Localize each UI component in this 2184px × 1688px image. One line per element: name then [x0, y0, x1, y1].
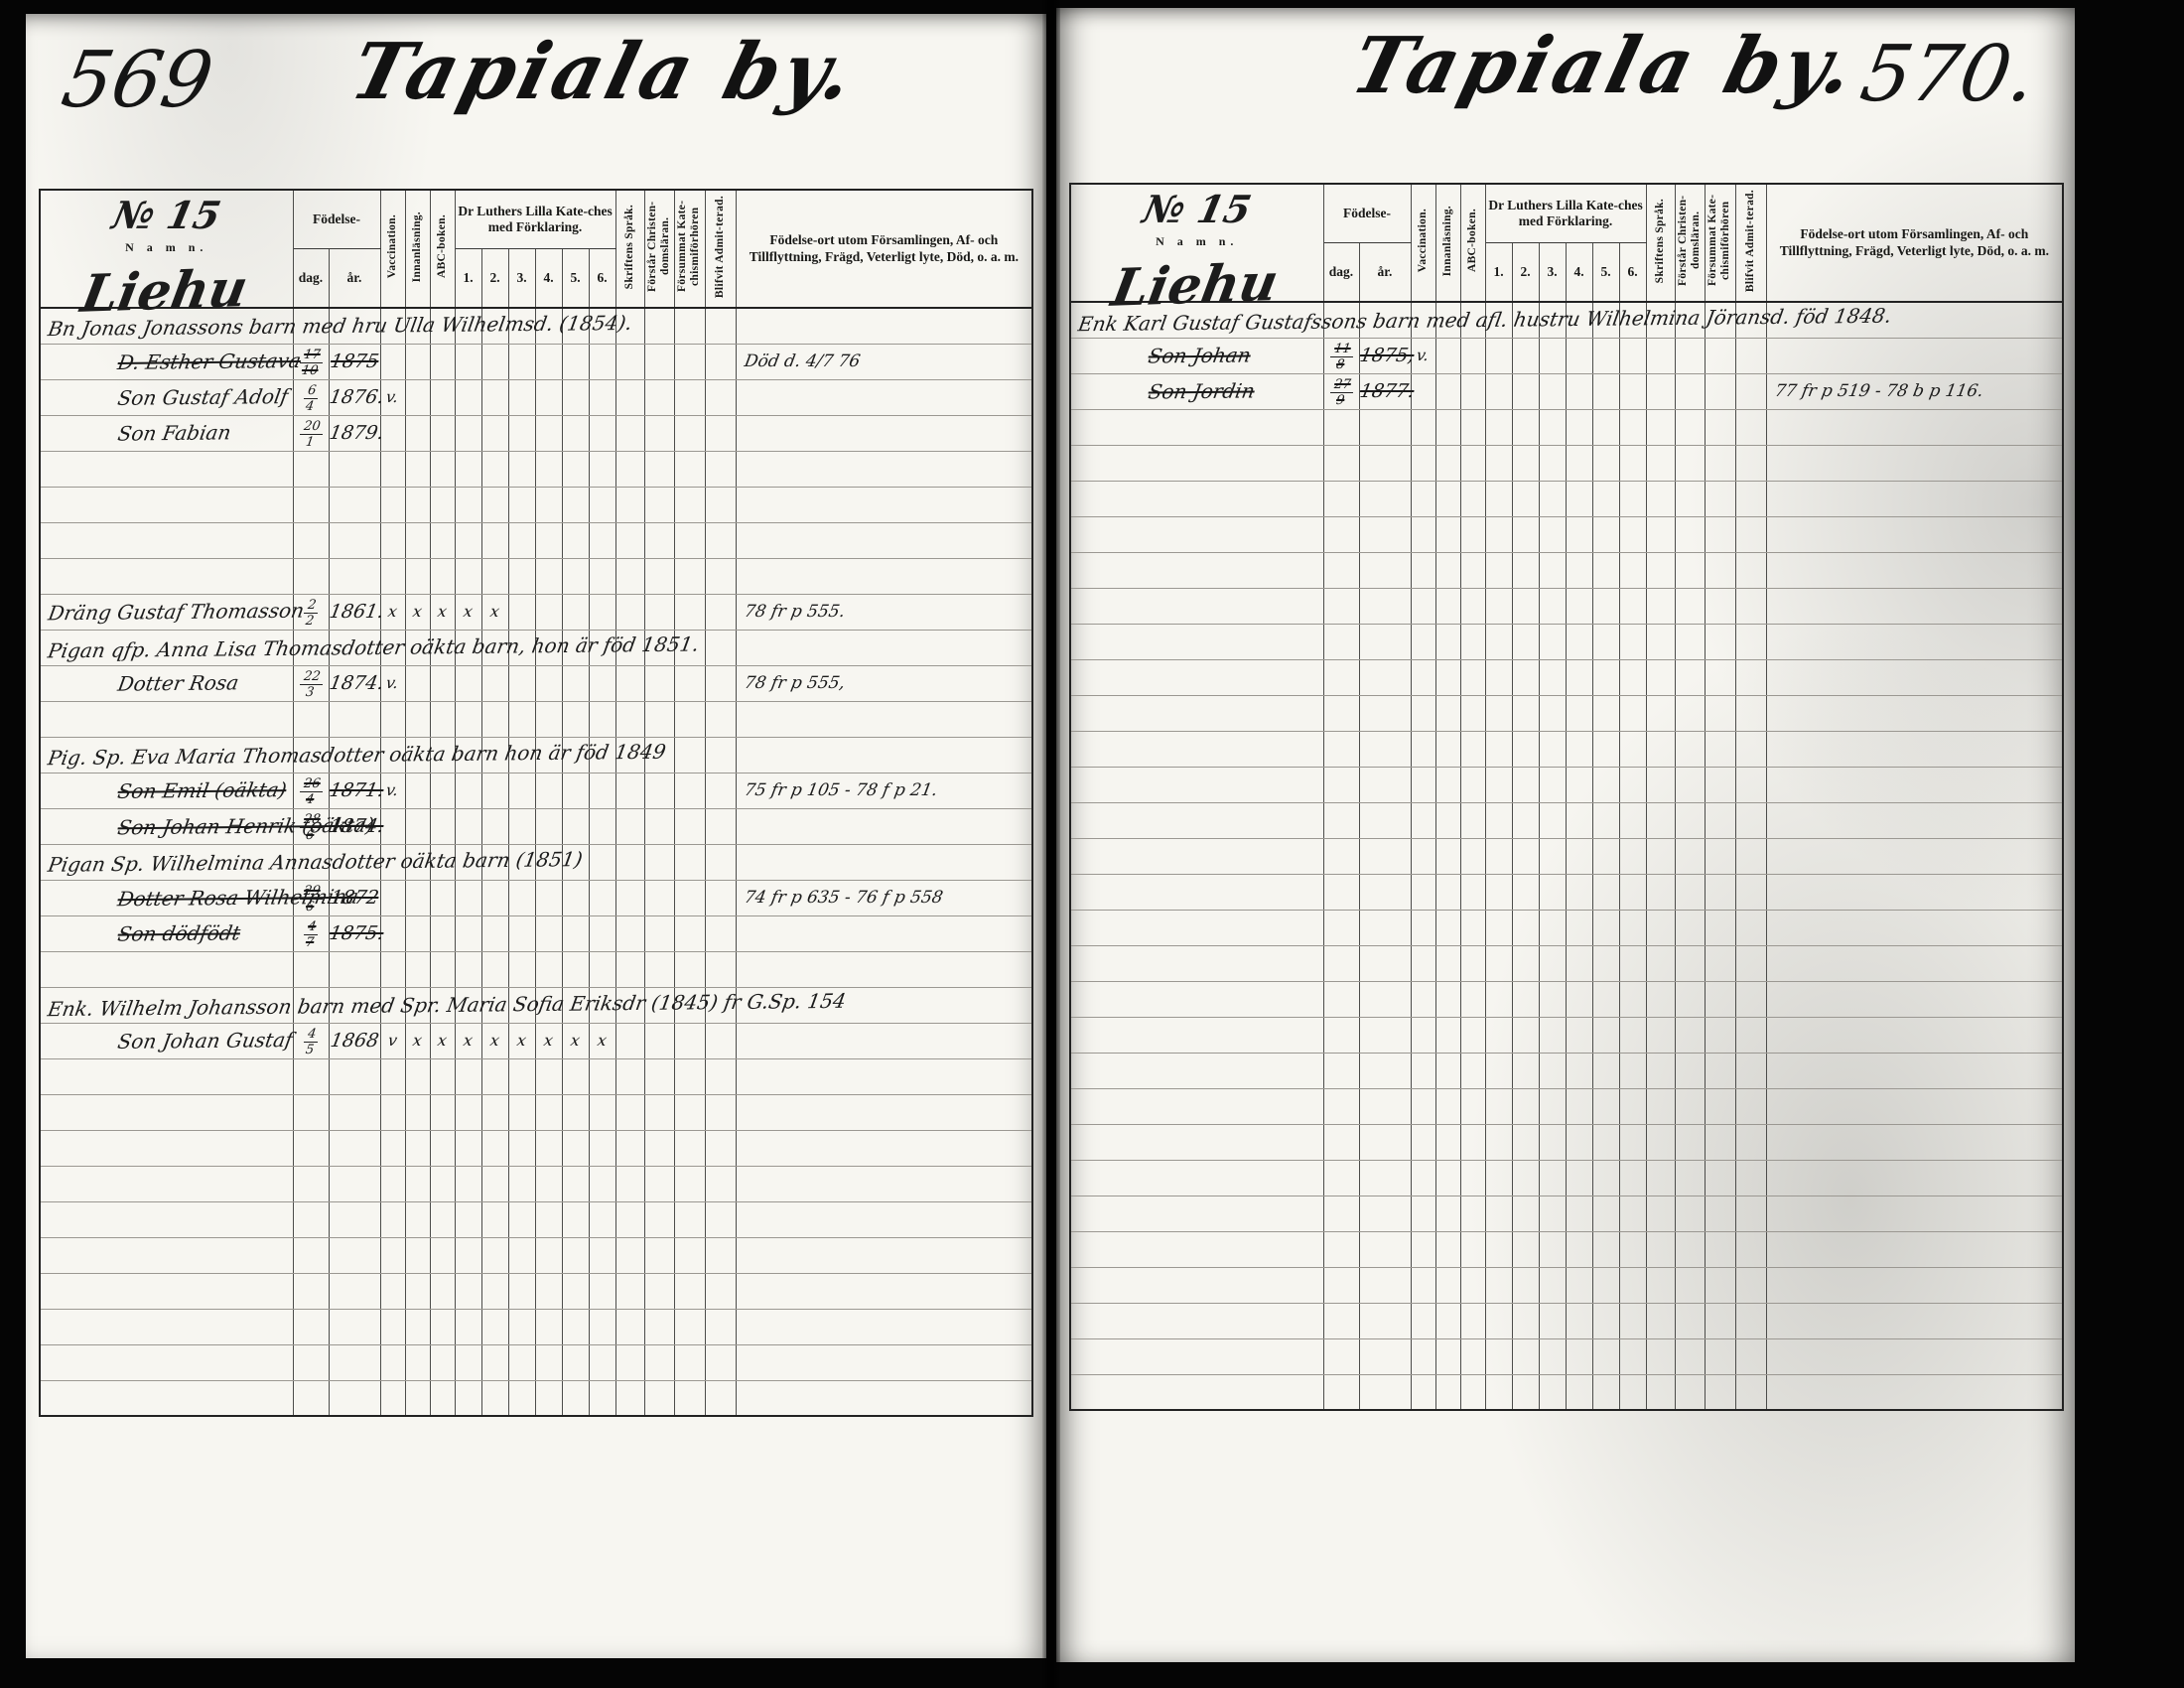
cell-k5 — [562, 1166, 589, 1201]
cell-vacc — [380, 1201, 405, 1237]
cell-abc — [430, 1094, 455, 1130]
mark-text: 1875 — [329, 351, 380, 372]
cell-ar — [329, 558, 380, 594]
cell-abc — [430, 522, 455, 558]
cell-k5 — [562, 701, 589, 737]
cell-notes — [1766, 767, 2063, 802]
cell-forstar — [1675, 1303, 1705, 1338]
cell-k2 — [1512, 659, 1539, 695]
register-row — [1070, 767, 2063, 802]
cell-blifvit — [1735, 1160, 1766, 1196]
cell-notes — [736, 451, 1032, 487]
cell-sprak — [1646, 1374, 1675, 1410]
cell-k3 — [508, 1201, 535, 1237]
cell-forsummat — [1705, 981, 1735, 1017]
cell-dag — [1323, 516, 1359, 552]
cell-forsummat — [674, 1237, 705, 1273]
cell-forstar — [644, 1023, 674, 1058]
entry-name-cell: Son Emil (oäkta) — [40, 773, 293, 808]
cell-k1 — [1485, 874, 1512, 910]
cell-k5 — [562, 951, 589, 987]
cell-vacc — [380, 1166, 405, 1201]
cell-k5 — [562, 808, 589, 844]
cell-innan: x — [405, 1023, 430, 1058]
cell-k5 — [1592, 910, 1619, 945]
cell-dag — [1323, 1160, 1359, 1196]
cell-ar — [329, 1201, 380, 1237]
cell-k5 — [562, 1094, 589, 1130]
register-row: Pigan Sp. Wilhelmina Annasdotter oäkta b… — [40, 844, 1032, 880]
cell-k5 — [1592, 874, 1619, 910]
cell-k2 — [1512, 981, 1539, 1017]
cell-ar — [1359, 1053, 1411, 1088]
cell-abc — [430, 808, 455, 844]
cell-abc — [430, 1380, 455, 1416]
cell-k1 — [455, 487, 481, 522]
cell-notes — [1766, 802, 2063, 838]
cell-k3 — [508, 1237, 535, 1273]
cell-k5 — [1592, 945, 1619, 981]
cell-dag — [1323, 1017, 1359, 1053]
cell-ar: 1861. — [329, 594, 380, 630]
cell-sprak — [615, 451, 644, 487]
cell-k5 — [1592, 1017, 1619, 1053]
empty-name-cell — [1070, 1160, 1323, 1196]
cell-abc — [430, 1130, 455, 1166]
register-row: Dotter Rosa2231874.v.78 fr p 555, — [40, 665, 1032, 701]
cell-blifvit — [705, 844, 736, 880]
cell-forsummat — [1705, 802, 1735, 838]
cell-k4 — [535, 344, 562, 379]
cell-k1 — [1485, 659, 1512, 695]
cell-notes — [736, 1237, 1032, 1273]
cell-ar — [329, 451, 380, 487]
mark-text: x — [462, 602, 474, 621]
cell-k6 — [1619, 1374, 1646, 1410]
register-row — [1070, 838, 2063, 874]
cell-abc — [430, 773, 455, 808]
cell-dag — [1323, 1338, 1359, 1374]
cell-blifvit — [1735, 1338, 1766, 1374]
cell-ar: 1879. — [329, 415, 380, 451]
cell-k1 — [455, 1237, 481, 1273]
family-name: Liehu — [76, 258, 252, 326]
cell-k3 — [508, 451, 535, 487]
register-table-right: № 15 N a m n. Liehu Födelse- Vaccination… — [1069, 183, 2064, 1411]
register-row — [1070, 1053, 2063, 1088]
cell-k5 — [562, 1130, 589, 1166]
cell-k5 — [1592, 802, 1619, 838]
register-row — [40, 1344, 1032, 1380]
cell-blifvit — [1735, 945, 1766, 981]
cell-forstar — [1675, 338, 1705, 373]
cell-abc — [1460, 516, 1485, 552]
cell-abc — [430, 451, 455, 487]
cell-abc — [430, 1237, 455, 1273]
cell-k2 — [1512, 695, 1539, 731]
entry-name-text: Son Johan — [1147, 343, 1253, 367]
cell-forsummat — [1705, 910, 1735, 945]
cell-k2 — [1512, 552, 1539, 588]
cell-abc — [1460, 1017, 1485, 1053]
empty-name-cell — [40, 1273, 293, 1309]
cell-k1 — [455, 415, 481, 451]
cell-vacc — [1411, 910, 1435, 945]
cell-k1 — [1485, 981, 1512, 1017]
cell-forstar — [644, 665, 674, 701]
cell-k1 — [1485, 731, 1512, 767]
cell-abc — [1460, 338, 1485, 373]
mark-text: v — [386, 1031, 398, 1050]
cell-notes — [736, 415, 1032, 451]
mark-text: 1879. — [328, 422, 385, 444]
mark-text: 1875. — [328, 922, 385, 944]
fodelse-header: Födelse- — [1323, 184, 1411, 243]
cell-k4: x — [535, 1023, 562, 1058]
cell-k6 — [1619, 731, 1646, 767]
cell-forstar — [1675, 874, 1705, 910]
cell-k1 — [1485, 1338, 1512, 1374]
cell-dag: 201 — [293, 415, 329, 451]
cell-k3 — [1539, 1303, 1566, 1338]
cell-k2 — [1512, 409, 1539, 445]
cell-k5 — [562, 415, 589, 451]
cell-k1 — [1485, 838, 1512, 874]
cell-vacc — [1411, 588, 1435, 624]
cell-sprak — [1646, 802, 1675, 838]
cell-k6 — [589, 1058, 615, 1094]
cell-k3 — [508, 487, 535, 522]
cell-vacc — [1411, 945, 1435, 981]
register-row: Son Johan Gustaf451868vxxxxxxxx — [40, 1023, 1032, 1058]
cell-vacc — [380, 522, 405, 558]
cell-k1 — [1485, 910, 1512, 945]
cell-k1 — [455, 1130, 481, 1166]
cell-dag — [1323, 1303, 1359, 1338]
cell-blifvit — [1735, 659, 1766, 695]
cell-blifvit — [705, 808, 736, 844]
cell-k4 — [535, 415, 562, 451]
cell-k1 — [455, 915, 481, 951]
cell-k6: x — [589, 1023, 615, 1058]
cell-k3 — [508, 773, 535, 808]
cell-blifvit — [1735, 588, 1766, 624]
cell-vacc: v — [380, 1023, 405, 1058]
cell-k5 — [562, 1273, 589, 1309]
cell-k2 — [1512, 731, 1539, 767]
cell-k2 — [1512, 874, 1539, 910]
cell-forsummat — [674, 344, 705, 379]
cell-dag — [1323, 624, 1359, 659]
register-row — [1070, 910, 2063, 945]
kateches-col-1: 1. — [1485, 243, 1512, 303]
cell-sprak — [615, 1201, 644, 1237]
cell-k2 — [481, 701, 508, 737]
entry-name-text: Dotter Rosa — [116, 670, 240, 695]
cell-ar — [1359, 516, 1411, 552]
cell-forstar — [644, 1094, 674, 1130]
cell-blifvit — [705, 451, 736, 487]
cell-k4 — [535, 1380, 562, 1416]
cell-k6 — [1619, 1303, 1646, 1338]
cell-innan — [405, 951, 430, 987]
cell-innan — [405, 880, 430, 915]
cell-k4 — [1566, 588, 1592, 624]
cell-k6 — [1619, 695, 1646, 731]
cell-forstar — [1675, 1196, 1705, 1231]
cell-k3 — [1539, 1124, 1566, 1160]
cell-vacc: v. — [380, 665, 405, 701]
cell-ar — [1359, 1124, 1411, 1160]
cell-dag — [293, 1130, 329, 1166]
cell-forstar — [1675, 767, 1705, 802]
cell-notes: 77 fr p 519 - 78 b p 116. — [1766, 373, 2063, 409]
abc-boken-header: ABC-boken. — [430, 190, 455, 308]
cell-sprak — [1646, 1338, 1675, 1374]
blifvit-header: Blifvit Admit-terad. — [705, 190, 736, 308]
cell-k4 — [1566, 1267, 1592, 1303]
cell-k1 — [455, 1309, 481, 1344]
cell-k1 — [455, 1273, 481, 1309]
cell-abc — [1460, 1231, 1485, 1267]
cell-k4 — [535, 522, 562, 558]
cell-k3 — [508, 1380, 535, 1416]
entry-name-cell: Pigan qfp. Anna Lisa Thomasdotter oäkta … — [40, 630, 293, 665]
cell-sprak — [615, 1237, 644, 1273]
cell-innan — [405, 1130, 430, 1166]
register-row — [1070, 1303, 2063, 1338]
register-row — [1070, 409, 2063, 445]
cell-notes — [736, 1344, 1032, 1380]
mark-text: 1877. — [1358, 380, 1416, 402]
cell-k1 — [455, 1201, 481, 1237]
note-text: 75 fr p 105 - 78 f p 21. — [743, 780, 939, 800]
cell-sprak — [615, 951, 644, 987]
cell-k6 — [589, 451, 615, 487]
cell-k4 — [535, 701, 562, 737]
cell-k3 — [1539, 552, 1566, 588]
entry-name-cell: Son Johan Gustaf — [40, 1023, 293, 1058]
cell-forsummat — [674, 1273, 705, 1309]
register-row — [1070, 981, 2063, 1017]
cell-ar — [1359, 1160, 1411, 1196]
cell-innan — [405, 1380, 430, 1416]
cell-k6 — [589, 415, 615, 451]
empty-name-cell — [40, 1130, 293, 1166]
cell-k5 — [1592, 373, 1619, 409]
register-row — [1070, 874, 2063, 910]
cell-blifvit — [1735, 838, 1766, 874]
cell-k3 — [1539, 945, 1566, 981]
cell-forstar — [644, 1166, 674, 1201]
page-number-right: 570. — [1855, 36, 2041, 113]
cell-forstar — [1675, 624, 1705, 659]
cell-abc — [1460, 624, 1485, 659]
cell-k5 — [562, 1201, 589, 1237]
cell-innan — [405, 1344, 430, 1380]
cell-innan — [1435, 767, 1460, 802]
cell-k5 — [562, 1058, 589, 1094]
cell-k1 — [1485, 1303, 1512, 1338]
register-row — [40, 1058, 1032, 1094]
cell-sprak — [1646, 838, 1675, 874]
cell-abc — [430, 1273, 455, 1309]
cell-sprak — [1646, 481, 1675, 516]
cell-k4 — [1566, 731, 1592, 767]
cell-ar — [1359, 731, 1411, 767]
cell-innan — [1435, 802, 1460, 838]
cell-vacc: v. — [380, 379, 405, 415]
cell-k5 — [1592, 552, 1619, 588]
cell-dag — [1323, 695, 1359, 731]
cell-ar — [329, 951, 380, 987]
cell-sprak — [1646, 945, 1675, 981]
cell-ar: 1874. — [329, 665, 380, 701]
cell-ar — [1359, 1303, 1411, 1338]
cell-k1 — [1485, 588, 1512, 624]
cell-ar — [329, 1058, 380, 1094]
cell-forsummat — [674, 558, 705, 594]
cell-sprak — [615, 344, 644, 379]
cell-k6 — [1619, 409, 1646, 445]
cell-k6 — [589, 1201, 615, 1237]
cell-k1 — [1485, 624, 1512, 659]
cell-forsummat — [1705, 1374, 1735, 1410]
cell-forstar — [644, 951, 674, 987]
entry-name-cell: Son Johan Henrik (oäkta) — [40, 808, 293, 844]
cell-k6 — [1619, 981, 1646, 1017]
cell-forsummat — [674, 737, 705, 773]
empty-name-cell — [40, 1094, 293, 1130]
cell-ar — [329, 1273, 380, 1309]
cell-forsummat — [674, 951, 705, 987]
empty-name-cell — [1070, 1338, 1323, 1374]
cell-k2 — [1512, 588, 1539, 624]
cell-sprak — [615, 1023, 644, 1058]
cell-blifvit — [1735, 1017, 1766, 1053]
cell-k6 — [1619, 1053, 1646, 1088]
empty-name-cell — [1070, 874, 1323, 910]
cell-k6 — [589, 487, 615, 522]
cell-forsummat — [1705, 516, 1735, 552]
cell-k1 — [1485, 1160, 1512, 1196]
cell-dag — [1323, 445, 1359, 481]
cell-blifvit — [1735, 1196, 1766, 1231]
cell-dag — [1323, 767, 1359, 802]
cell-forstar — [644, 1273, 674, 1309]
cell-forsummat — [674, 773, 705, 808]
cell-k5 — [1592, 445, 1619, 481]
cell-k2 — [481, 1380, 508, 1416]
register-row — [40, 522, 1032, 558]
register-row: Enk. Wilhelm Johansson barn med Spr. Mar… — [40, 987, 1032, 1023]
cell-forstar — [1675, 1267, 1705, 1303]
cell-notes: 75 fr p 105 - 78 f p 21. — [736, 773, 1032, 808]
empty-name-cell — [1070, 1267, 1323, 1303]
cell-k3 — [1539, 695, 1566, 731]
cell-blifvit — [705, 1273, 736, 1309]
register-row — [1070, 659, 2063, 695]
entry-name-cell: D. Esther Gustava — [40, 344, 293, 379]
cell-k3 — [1539, 1338, 1566, 1374]
cell-k3 — [1539, 802, 1566, 838]
cell-k6 — [589, 915, 615, 951]
cell-k2 — [481, 1201, 508, 1237]
cell-forstar — [644, 522, 674, 558]
cell-forstar — [1675, 373, 1705, 409]
cell-ar — [1359, 659, 1411, 695]
cell-blifvit — [1735, 624, 1766, 659]
cell-sprak — [615, 808, 644, 844]
cell-k3 — [508, 915, 535, 951]
register-row — [40, 1130, 1032, 1166]
cell-forsummat — [1705, 1088, 1735, 1124]
cell-k4 — [1566, 624, 1592, 659]
cell-k2 — [481, 1058, 508, 1094]
cell-vacc — [1411, 445, 1435, 481]
empty-name-cell — [40, 558, 293, 594]
cell-k5 — [562, 522, 589, 558]
cell-abc — [430, 1201, 455, 1237]
cell-k6 — [1619, 624, 1646, 659]
cell-blifvit — [1735, 445, 1766, 481]
cell-dag — [1323, 1231, 1359, 1267]
cell-k6 — [589, 344, 615, 379]
cell-blifvit — [1735, 1124, 1766, 1160]
empty-name-cell — [1070, 516, 1323, 552]
cell-k4 — [535, 808, 562, 844]
cell-innan — [1435, 1374, 1460, 1410]
cell-k6 — [1619, 1160, 1646, 1196]
entry-name-text: Son Gustaf Adolf — [116, 384, 290, 410]
register-table-left: № 15 N a m n. Liehu Födelse- Vaccination… — [39, 189, 1033, 1417]
cell-blifvit — [705, 701, 736, 737]
cell-k4 — [1566, 695, 1592, 731]
cell-notes — [1766, 624, 2063, 659]
cell-k5 — [1592, 695, 1619, 731]
cell-vacc — [1411, 838, 1435, 874]
cell-k6 — [1619, 1231, 1646, 1267]
cell-forstar — [1675, 409, 1705, 445]
cell-blifvit — [1735, 373, 1766, 409]
birth-day-fraction: 264 — [298, 777, 325, 806]
cell-forstar — [644, 558, 674, 594]
cell-forstar — [644, 1201, 674, 1237]
cell-k2 — [1512, 767, 1539, 802]
cell-k6 — [1619, 659, 1646, 695]
cell-vacc — [1411, 767, 1435, 802]
entry-name-cell: Dotter Rosa Wilhelmina — [40, 880, 293, 915]
register-row: Son Gustaf Adolf641876.v. — [40, 379, 1032, 415]
cell-k3 — [1539, 373, 1566, 409]
cell-k1 — [1485, 516, 1512, 552]
cell-sprak — [1646, 1017, 1675, 1053]
register-row: D. Esther Gustava17101875Död d. 4/7 76 — [40, 344, 1032, 379]
cell-ar — [1359, 838, 1411, 874]
cell-forsummat — [674, 1201, 705, 1237]
cell-k3 — [508, 665, 535, 701]
register-row — [1070, 624, 2063, 659]
cell-blifvit — [705, 951, 736, 987]
cell-notes — [736, 1309, 1032, 1344]
cell-forsummat — [1705, 1267, 1735, 1303]
cell-blifvit — [705, 558, 736, 594]
cell-k6 — [1619, 802, 1646, 838]
cell-k3 — [508, 808, 535, 844]
cell-k3 — [1539, 1231, 1566, 1267]
cell-blifvit — [705, 1166, 736, 1201]
cell-vacc — [380, 951, 405, 987]
